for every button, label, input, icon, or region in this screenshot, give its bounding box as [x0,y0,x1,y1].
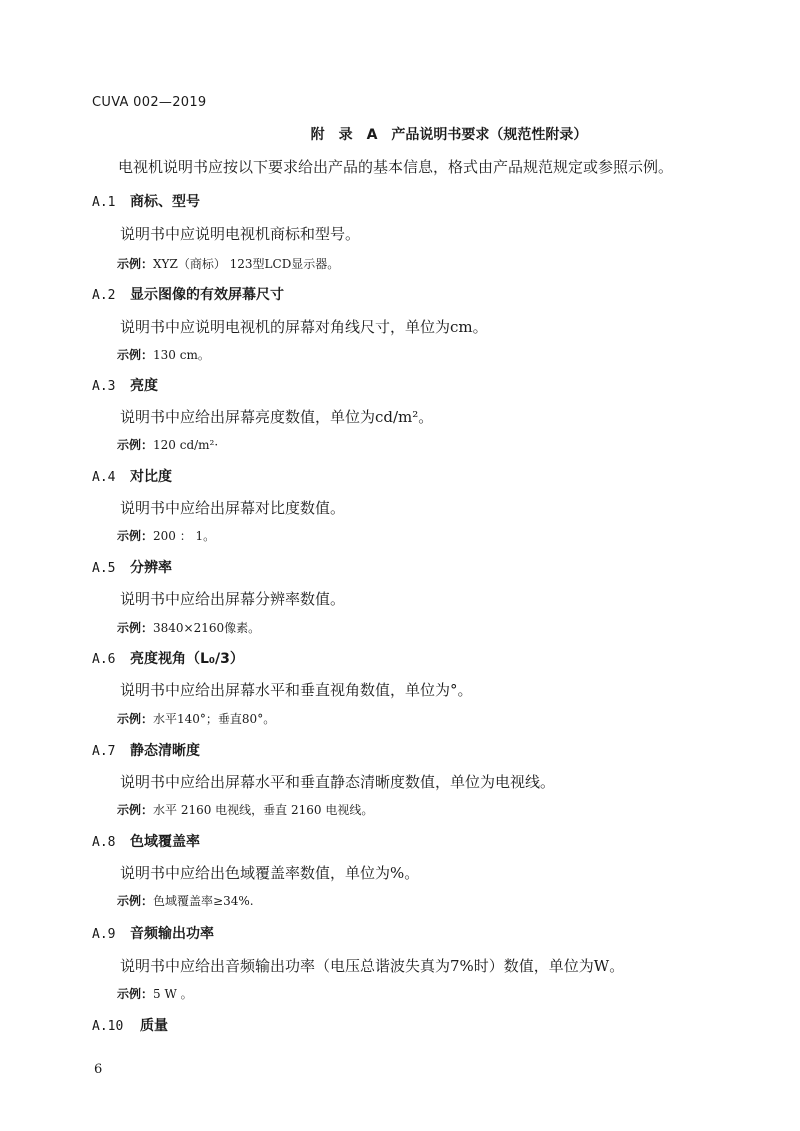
section-number: A.1 [92,195,130,210]
section-body-a3: 说明书中应给出屏幕亮度数值，单位为cd/m²。 [120,406,433,427]
example-text: 水平140°；垂直80°。 [153,712,275,726]
example-text: 5 W 。 [153,987,193,1001]
section-example-a3: 示例：120 cd/m²· [117,436,218,453]
section-number: A.4 [92,470,130,485]
section-example-a6: 示例：水平140°；垂直80°。 [117,710,275,727]
section-number: A.6 [92,652,130,667]
section-example-a8: 示例：色域覆盖率≥34%. [117,892,254,909]
section-example-a1: 示例：XYZ（商标） 123型LCD显示器。 [117,255,339,272]
document-page: CUVA 002—2019 附 录 A 产品说明书要求（规范性附录） 电视机说明… [0,0,800,1131]
section-title: 对比度 [130,469,172,485]
section-body-a7: 说明书中应给出屏幕水平和垂直静态清晰度数值，单位为电视线。 [120,771,555,792]
section-title: 显示图像的有效屏幕尺寸 [130,287,284,303]
section-title: 分辨率 [130,560,172,576]
section-body-a4: 说明书中应给出屏幕对比度数值。 [120,497,345,518]
section-example-a5: 示例：3840×2160像素。 [117,619,260,636]
example-text: 200 ： 1。 [153,529,215,543]
intro-paragraph: 电视机说明书应按以下要求给出产品的基本信息，格式由产品规范规定或参照示例。 [118,156,673,177]
example-label: 示例： [117,712,153,726]
example-label: 示例： [117,348,153,362]
section-number: A.7 [92,744,130,759]
section-body-a8: 说明书中应给出色域覆盖率数值，单位为%。 [120,862,419,883]
section-heading-a3: A.3亮度 [92,375,158,395]
example-label: 示例： [117,529,153,543]
section-body-a5: 说明书中应给出屏幕分辨率数值。 [120,588,345,609]
example-label: 示例： [117,987,153,1001]
section-heading-a2: A.2显示图像的有效屏幕尺寸 [92,284,284,304]
section-heading-a9: A.9音频输出功率 [92,923,214,943]
example-label: 示例： [117,438,153,452]
section-title: 商标、型号 [130,194,200,210]
section-example-a7: 示例：水平 2160 电视线，垂直 2160 电视线。 [117,801,373,818]
standard-code-header: CUVA 002—2019 [92,95,206,110]
section-example-a9: 示例：5 W 。 [117,985,193,1002]
page-number: 6 [94,1062,102,1077]
example-label: 示例： [117,803,153,817]
section-heading-a6: A.6亮度视角（L₀/3） [92,648,244,668]
section-title: 音频输出功率 [130,926,214,942]
section-number: A.5 [92,561,130,576]
example-text: XYZ（商标） 123型LCD显示器。 [153,257,339,271]
section-heading-a8: A.8色域覆盖率 [92,831,200,851]
section-title: 质量 [140,1018,168,1034]
example-label: 示例： [117,257,153,271]
appendix-title: 附 录 A 产品说明书要求（规范性附录） [0,124,800,144]
section-heading-a4: A.4对比度 [92,466,172,486]
section-number: A.9 [92,927,130,942]
example-text: 3840×2160像素。 [153,621,260,635]
section-example-a2: 示例：130 cm。 [117,346,210,363]
example-text: 色域覆盖率≥34%. [153,894,254,908]
section-body-a1: 说明书中应说明电视机商标和型号。 [120,223,360,244]
section-number: A.8 [92,835,130,850]
section-heading-a1: A.1商标、型号 [92,191,200,211]
section-number: A.10 [92,1019,140,1034]
section-heading-a7: A.7静态清晰度 [92,740,200,760]
section-heading-a5: A.5分辨率 [92,557,172,577]
section-title: 静态清晰度 [130,743,200,759]
example-label: 示例： [117,621,153,635]
example-label: 示例： [117,894,153,908]
example-text: 水平 2160 电视线，垂直 2160 电视线。 [153,803,373,817]
section-body-a2: 说明书中应说明电视机的屏幕对角线尺寸，单位为cm。 [120,316,488,337]
section-body-a6: 说明书中应给出屏幕水平和垂直视角数值，单位为°。 [120,679,473,700]
example-text: 130 cm。 [153,348,210,362]
example-text: 120 cd/m²· [153,438,218,452]
section-title: 亮度 [130,378,158,394]
section-title: 亮度视角（L₀/3） [130,651,244,667]
section-heading-a10: A.10质量 [92,1015,168,1035]
section-example-a4: 示例：200 ： 1。 [117,527,215,544]
section-number: A.2 [92,288,130,303]
section-number: A.3 [92,379,130,394]
section-title: 色域覆盖率 [130,834,200,850]
section-body-a9: 说明书中应给出音频输出功率（电压总谐波失真为7%时）数值，单位为W。 [120,955,624,976]
